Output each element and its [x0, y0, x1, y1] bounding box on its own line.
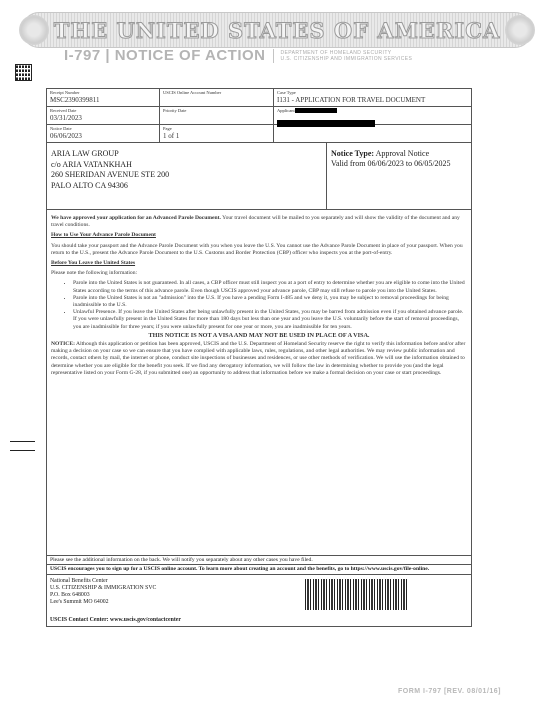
contact-center: USCIS Contact Center: www.uscis.gov/cont…: [47, 616, 471, 626]
validity-period: Valid from 06/06/2023 to 06/05/2025: [331, 159, 467, 169]
barcode-icon: [305, 579, 409, 610]
rosette-right-icon: [505, 15, 535, 45]
page-cell: Page 1 of 1: [160, 125, 274, 143]
usage-paragraph: You should take your passport and the Ad…: [51, 243, 467, 257]
page-number: 1 of 1: [163, 132, 270, 141]
list-item: Parole into the United States is not gua…: [73, 280, 467, 294]
margin-mark: [10, 441, 35, 442]
empty-cell: [274, 125, 471, 143]
dept-line-2: U.S. CITIZENSHIP AND IMMIGRATION SERVICE…: [281, 56, 413, 62]
intro-paragraph: We have approved your application for an…: [51, 215, 467, 229]
redaction-bar: [295, 108, 337, 113]
notice-document: Receipt Number MSC2390399811 USCIS Onlin…: [46, 88, 472, 627]
case-type: I131 - APPLICATION FOR TRAVEL DOCUMENT: [277, 96, 468, 105]
form-revision: FORM I-797 [REV. 08/01/16]: [398, 688, 501, 695]
received-date: 03/31/2023: [50, 114, 156, 123]
section-heading-usage: How to Use Your Advance Parole Document: [51, 232, 467, 239]
notice-type-label: Notice Type:: [331, 149, 374, 158]
section-heading-before-leave: Before You Leave the United States: [51, 260, 467, 267]
margin-mark: [10, 450, 35, 451]
mailing-address: ARIA LAW GROUP c/o ARIA VATANKHAH 260 SH…: [47, 143, 327, 209]
visa-warning: THIS NOTICE IS NOT A VISA AND MAY NOT BE…: [51, 332, 467, 339]
notice-body: We have approved your application for an…: [47, 210, 471, 555]
notice-date-cell: Notice Date 06/06/2023: [47, 125, 160, 143]
before-leave-intro: Please note the following information:: [51, 270, 467, 277]
applicant-cell: Applicant: [274, 107, 471, 125]
received-date-cell: Received Date 03/31/2023: [47, 107, 160, 125]
banner-text: THE UNITED STATES OF AMERICA: [54, 18, 501, 43]
additional-info: Please see the additional information on…: [47, 555, 471, 564]
us-banner: THE UNITED STATES OF AMERICA: [22, 12, 532, 48]
rosette-left-icon: [19, 15, 49, 45]
receipt-number: MSC2390399811: [50, 96, 156, 105]
online-account-promo: USCIS encourages you to sign up for a US…: [47, 564, 471, 575]
return-address: National Benefits Center U.S. CITIZENSHI…: [50, 578, 156, 616]
department-name: DEPARTMENT OF HOMELAND SECURITY U.S. CIT…: [281, 50, 413, 62]
notice-type-block: Notice Type: Approval Notice Valid from …: [327, 143, 471, 209]
list-item: Unlawful Presence. If you leave the Unit…: [73, 309, 467, 331]
address-row: ARIA LAW GROUP c/o ARIA VATANKHAH 260 SH…: [47, 143, 471, 210]
info-bullet-list: Parole into the United States is not gua…: [51, 280, 467, 330]
list-item: Parole into the United States is not an …: [73, 295, 467, 309]
priority-date-cell: Priority Date: [160, 107, 274, 125]
form-title-row: I-797 | NOTICE OF ACTION DEPARTMENT OF H…: [64, 47, 412, 64]
qr-code-icon: [15, 64, 32, 81]
receipt-number-cell: Receipt Number MSC2390399811: [47, 89, 160, 107]
notice-date: 06/06/2023: [50, 132, 156, 141]
online-account-cell: USCIS Online Account Number: [160, 89, 274, 107]
verification-notice: NOTICE: Although this application or pet…: [51, 341, 467, 377]
title-divider: [273, 49, 274, 63]
case-type-cell: Case Type I131 - APPLICATION FOR TRAVEL …: [274, 89, 471, 107]
notice-type: Approval Notice: [376, 149, 430, 158]
header-table: Receipt Number MSC2390399811 USCIS Onlin…: [47, 89, 471, 143]
form-title: I-797 | NOTICE OF ACTION: [64, 47, 266, 64]
return-address-block: National Benefits Center U.S. CITIZENSHI…: [47, 575, 471, 616]
